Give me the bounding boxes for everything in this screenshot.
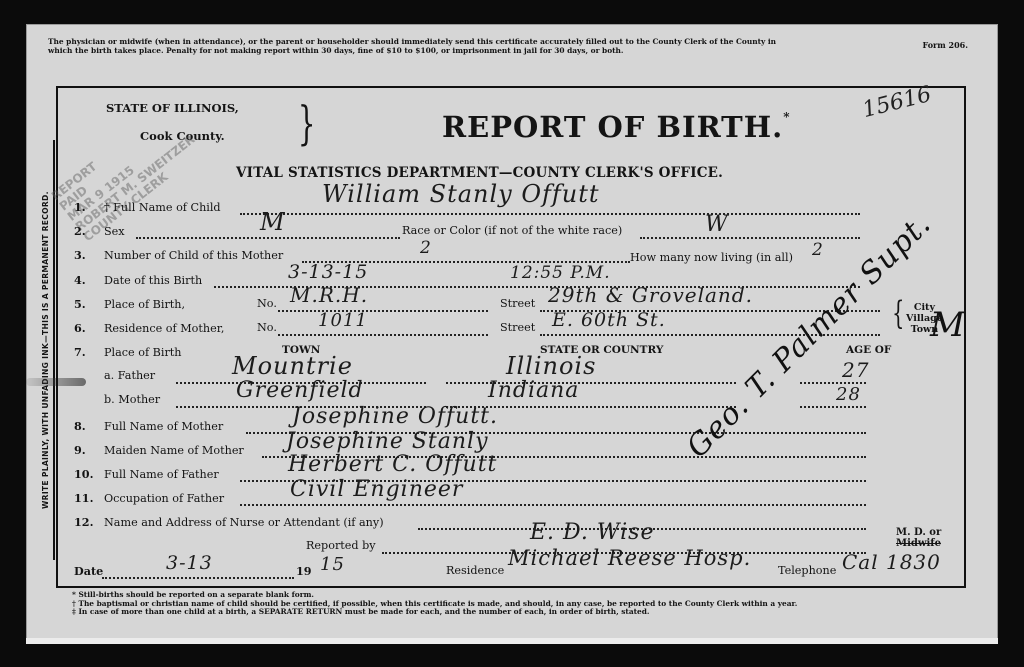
father-label: a. Father <box>104 368 155 384</box>
father-age-value[interactable]: 27 <box>842 358 869 382</box>
mother-town-value[interactable]: Greenfield <box>236 378 364 403</box>
footnote: ‡ In case of more than one child at a bi… <box>72 608 797 617</box>
field-mother-name: 8.Full Name of Mother <box>74 418 223 434</box>
child-number-value[interactable]: 2 <box>420 238 432 258</box>
page-title: REPORT OF BIRTH.* <box>442 110 791 144</box>
field-parents-birthplace: 7.Place of Birth <box>74 344 182 360</box>
residence-no-value[interactable]: 1011 <box>318 310 368 331</box>
brace: { <box>892 294 904 332</box>
place-street-value[interactable]: 29th & Groveland. <box>548 283 753 307</box>
reported-by-label: Reported by <box>306 538 376 554</box>
field-place-of-birth: 5.Place of Birth, <box>74 296 185 312</box>
md-or-midwife: M. D. or Midwife <box>896 527 941 549</box>
instructions: The physician or midwife (when in attend… <box>48 37 968 55</box>
father-town-value[interactable]: Mountrie <box>232 352 353 380</box>
field-attendant: 12.Name and Address of Nurse or Attendan… <box>74 514 384 530</box>
mother-label: b. Mother <box>104 392 160 408</box>
mother-maiden-value[interactable]: Josephine Stanly <box>286 429 489 454</box>
reported-by-value[interactable]: E. D. Wise <box>530 520 654 545</box>
father-occupation-value[interactable]: Civil Engineer <box>290 477 463 502</box>
no-label: No. <box>257 320 277 336</box>
field-father-occupation: 11.Occupation of Father <box>74 490 224 506</box>
dotted-line <box>102 577 294 579</box>
father-name-value[interactable]: Herbert C. Offutt <box>288 452 497 477</box>
margin-initials: M <box>930 305 966 345</box>
street-label: Street <box>500 296 535 312</box>
date-value[interactable]: 3-13 <box>166 552 213 574</box>
dotted-line <box>136 237 400 239</box>
brace: } <box>298 96 316 150</box>
dotted-line <box>800 406 866 408</box>
dotted-line <box>278 310 488 312</box>
side-notice: WRITE PLAINLY, WITH UNFADING INK—THIS IS… <box>41 150 53 550</box>
father-state-value[interactable]: Illinois <box>506 352 596 380</box>
footnotes: * Still-births should be reported on a s… <box>72 591 797 617</box>
field-mother-residence: 6.Residence of Mother, <box>74 320 224 336</box>
dotted-line <box>640 237 860 239</box>
field-child-number: 3.Number of Child of this Mother <box>74 247 283 263</box>
instruction-line: The physician or midwife (when in attend… <box>48 37 968 46</box>
mother-name-value[interactable]: Josephine Offutt. <box>292 404 498 429</box>
birth-date-value[interactable]: 3-13-15 <box>288 261 368 283</box>
living-value[interactable]: 2 <box>812 240 824 260</box>
living-label: How many now living (in all) <box>630 250 793 266</box>
dotted-line <box>240 213 860 215</box>
year-prefix: 19 <box>296 563 312 579</box>
date-label: Date <box>74 563 103 579</box>
instruction-line: which the birth takes place. Penalty for… <box>48 46 968 55</box>
street-label: Street <box>500 320 535 336</box>
year-value[interactable]: 15 <box>320 554 345 575</box>
col-age: AGE OF <box>846 344 891 356</box>
telephone-value[interactable]: Cal 1830 <box>842 550 941 574</box>
sex-value[interactable]: M <box>260 208 286 236</box>
mother-age-value[interactable]: 28 <box>836 384 861 405</box>
residence-street-value[interactable]: E. 60th St. <box>552 309 666 331</box>
department-heading: VITAL STATISTICS DEPARTMENT—COUNTY CLERK… <box>236 165 723 181</box>
dotted-line <box>278 334 488 336</box>
residence-label: Residence <box>446 563 504 579</box>
field-sex: 2.Sex <box>74 223 125 239</box>
telephone-label: Telephone <box>778 563 836 579</box>
dotted-line <box>240 504 866 506</box>
birth-time-value[interactable]: 12:55 P.M. <box>510 263 611 283</box>
field-father-name: 10.Full Name of Father <box>74 466 219 482</box>
side-rule <box>53 140 55 560</box>
child-name-value[interactable]: William Stanly Offutt <box>322 180 600 208</box>
field-child-name: 1.† Full Name of Child <box>74 199 221 215</box>
race-value[interactable]: W <box>705 212 729 237</box>
scan-border <box>998 24 1024 667</box>
residence-value[interactable]: Michael Reese Hosp. <box>508 546 751 570</box>
no-label: No. <box>257 296 277 312</box>
field-mother-maiden: 9.Maiden Name of Mother <box>74 442 244 458</box>
place-no-value[interactable]: M.R.H. <box>290 283 368 307</box>
field-birth-date: 4.Date of this Birth <box>74 272 202 288</box>
mother-state-value[interactable]: Indiana <box>488 378 579 403</box>
race-label: Race or Color (if not of the white race) <box>402 223 622 239</box>
